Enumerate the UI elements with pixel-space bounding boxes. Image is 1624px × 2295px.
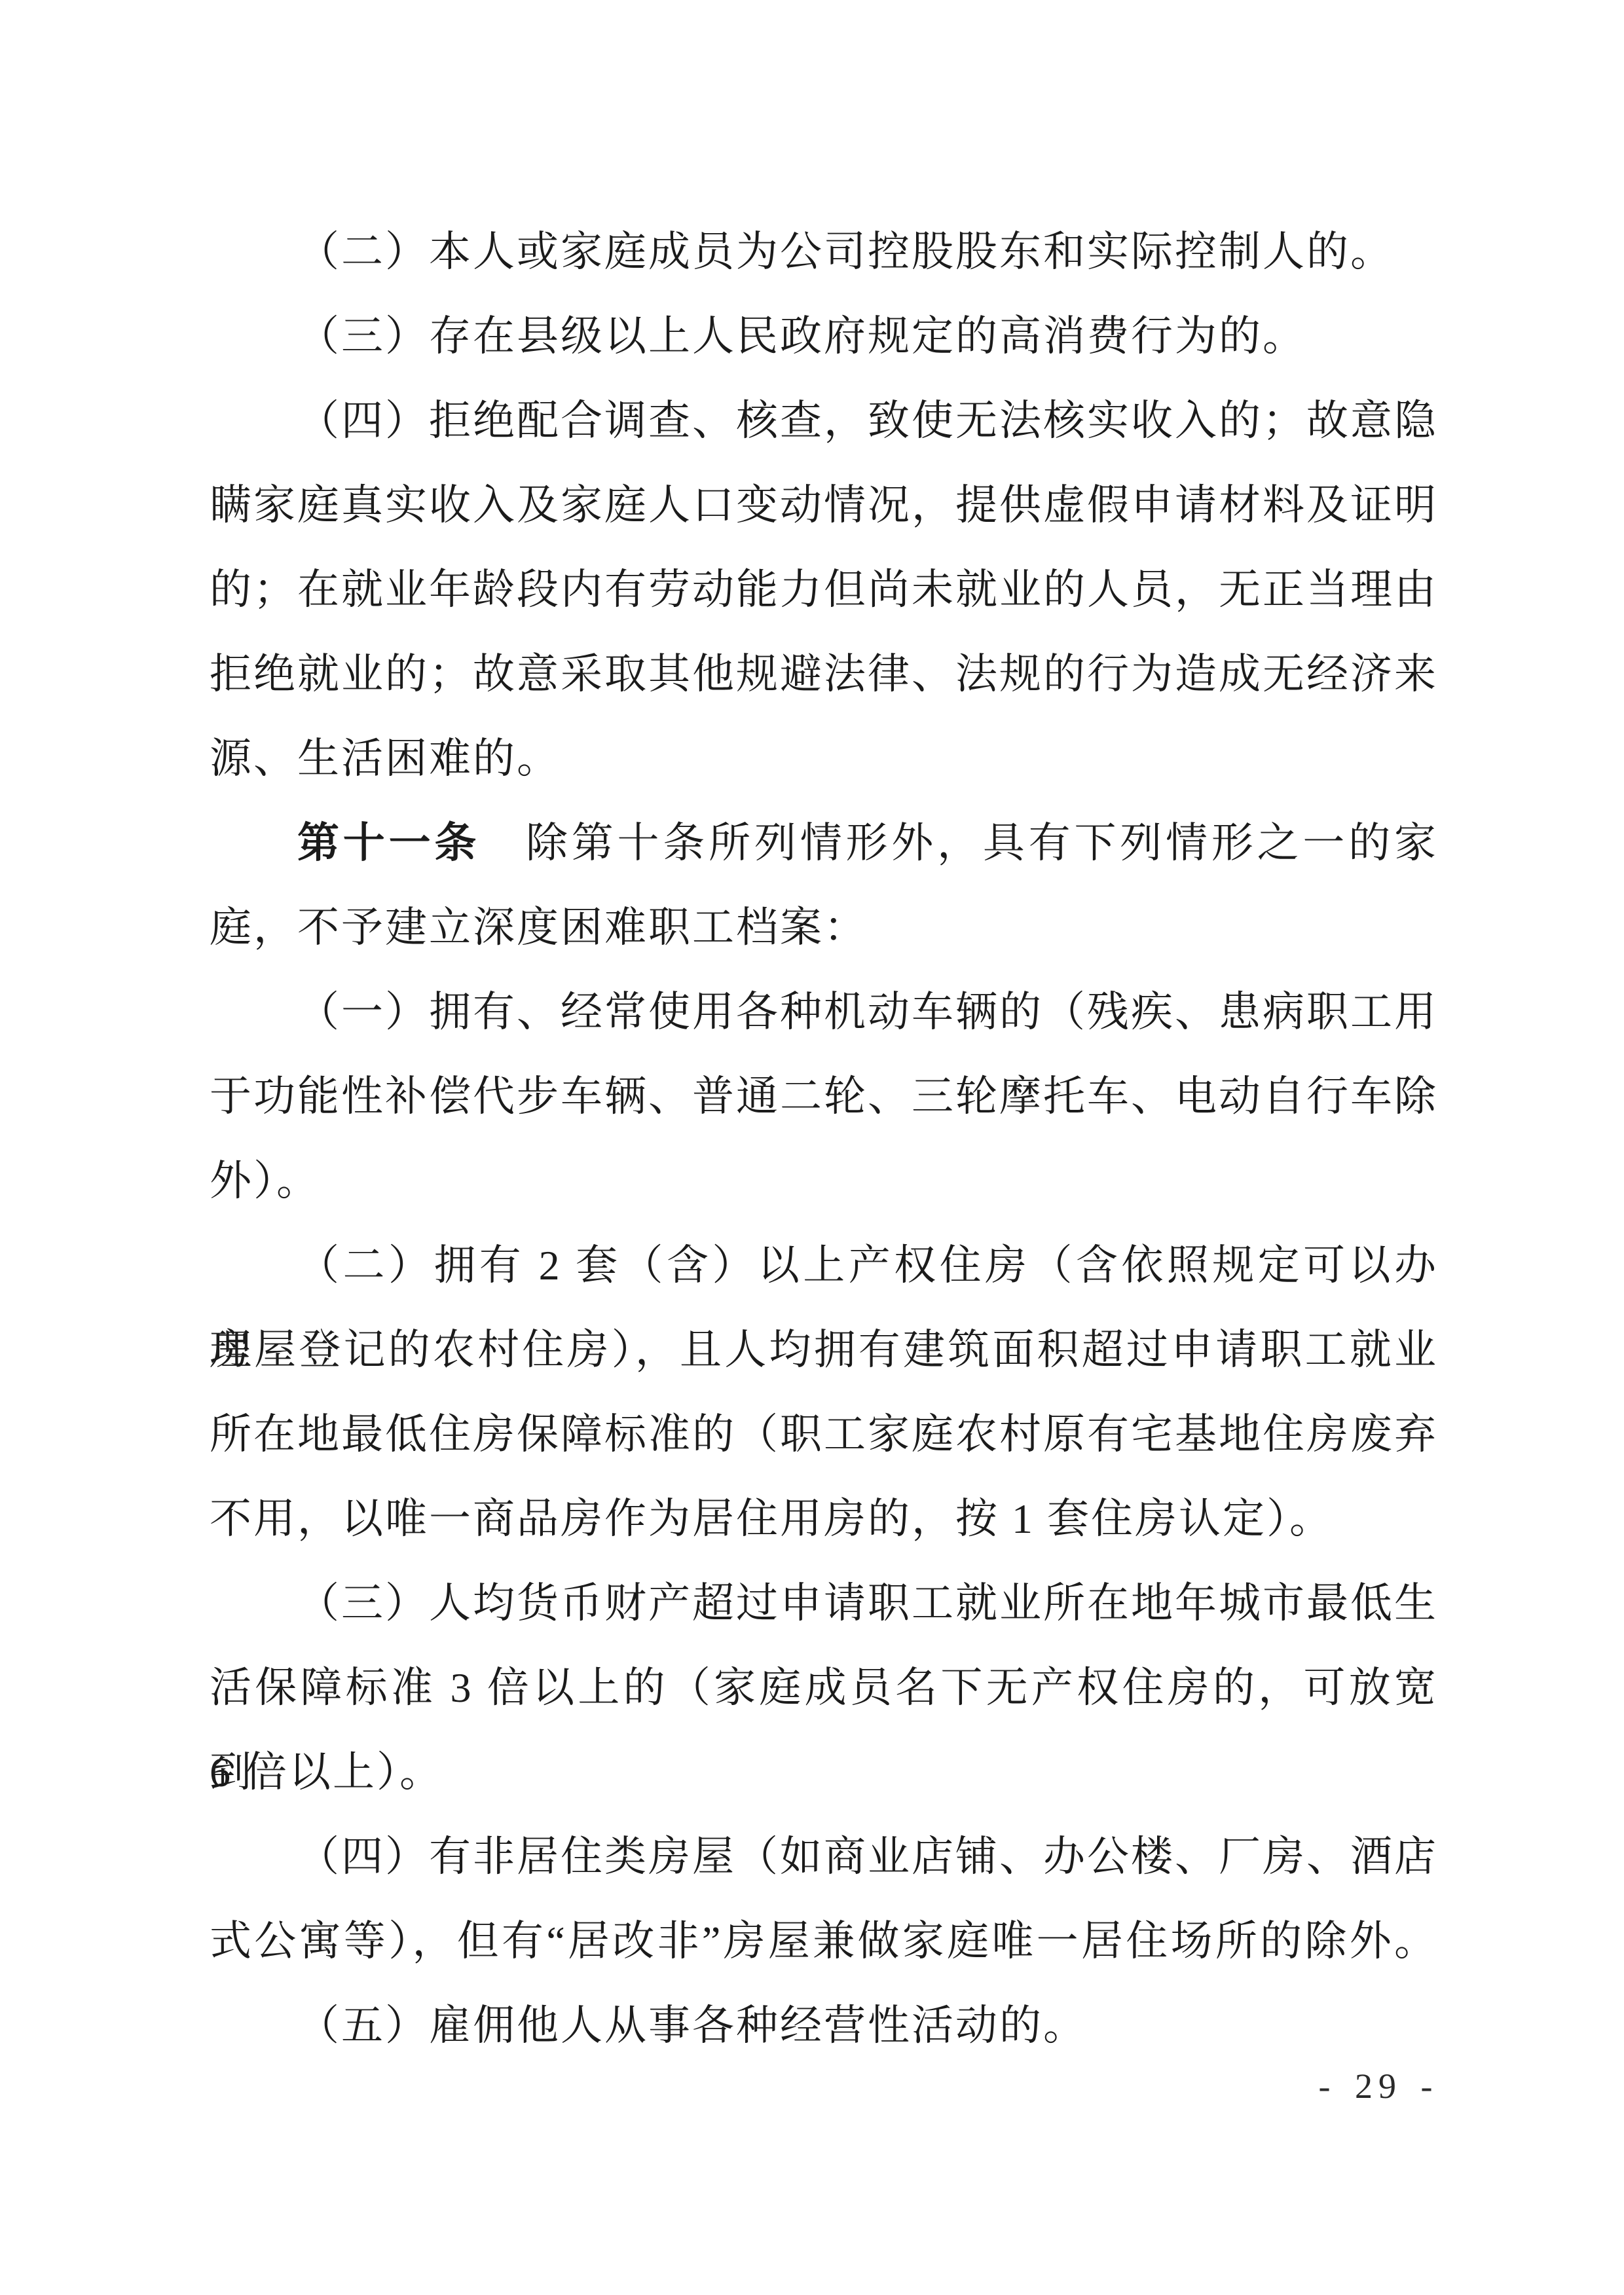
paragraph: 第十一条 除第十条所列情形外，具有下列情形之一的家庭，不予建立深度困难职工档案： [210,801,1438,970]
article-number-bold: 第十一条 [297,820,480,866]
text-segment: 外）。 [210,1158,320,1204]
text-line: 所在地最低住房保障标准的（职工家庭农村原有宅基地住房废弃 [210,1392,1438,1477]
text-line: 活保障标准 3 倍以上的（家庭成员名下无产权住房的，可放宽到 [210,1645,1438,1730]
text-line: 庭，不予建立深度困难职工档案： [210,885,1438,970]
page-number: - 29 - [1310,2066,1447,2106]
text-line: 房屋登记的农村住房），且人均拥有建筑面积超过申请职工就业 [210,1308,1438,1392]
text-segment: 房屋登记的农村住房），且人均拥有建筑面积超过申请职工就业 [210,1327,1438,1373]
paragraph: （四）有非居住类房屋（如商业店铺、办公楼、厂房、酒店式公寓等），但有“居改非”房… [210,1814,1438,1983]
text-segment: 的；在就业年龄段内有劳动能力但尚未就业的人员，无正当理由 [210,566,1438,613]
text-segment: 不用，以唯一商品房作为居住用房的，按 1 套住房认定）。 [210,1496,1333,1542]
text-segment: （二）本人或家庭成员为公司控股股东和实际控制人的。 [297,229,1394,275]
text-segment: （三）人均货币财产超过申请职工就业所在地年城市最低生 [297,1580,1438,1626]
text-line: 于功能性补偿代步车辆、普通二轮、三轮摩托车、电动自行车除 [210,1054,1438,1139]
text-segment: （三）存在县级以上人民政府规定的高消费行为的。 [297,313,1306,359]
text-line: 拒绝就业的；故意采取其他规避法律、法规的行为造成无经济来 [210,632,1438,716]
text-segment: （四）有非居住类房屋（如商业店铺、办公楼、厂房、酒店 [297,1833,1438,1880]
paragraph: （三）人均货币财产超过申请职工就业所在地年城市最低生活保障标准 3 倍以上的（家… [210,1561,1438,1814]
text-segment: （四）拒绝配合调查、核查，致使无法核实收入的；故意隐 [297,397,1438,444]
text-line: 不用，以唯一商品房作为居住用房的，按 1 套住房认定）。 [210,1477,1438,1561]
paragraph: （一）拥有、经常使用各种机动车辆的（残疾、患病职工用于功能性补偿代步车辆、普通二… [210,970,1438,1223]
text-segment: 6 倍以上）。 [210,1749,443,1795]
text-segment: 源、生活困难的。 [210,735,561,782]
text-line: 式公寓等），但有“居改非”房屋兼做家庭唯一居住场所的除外。 [210,1899,1438,1983]
text-line: 外）。 [210,1139,1438,1223]
text-line: （五）雇佣他人从事各种经营性活动的。 [210,1983,1438,2068]
text-segment: 于功能性补偿代步车辆、普通二轮、三轮摩托车、电动自行车除 [210,1073,1438,1120]
text-line: （四）有非居住类房屋（如商业店铺、办公楼、厂房、酒店 [210,1814,1438,1899]
paragraph: （四）拒绝配合调查、核查，致使无法核实收入的；故意隐瞒家庭真实收入及家庭人口变动… [210,378,1438,801]
text-line: （三）人均货币财产超过申请职工就业所在地年城市最低生 [210,1561,1438,1645]
text-line: （四）拒绝配合调查、核查，致使无法核实收入的；故意隐 [210,378,1438,463]
text-line: 瞒家庭真实收入及家庭人口变动情况，提供虚假申请材料及证明 [210,463,1438,547]
text-line: （一）拥有、经常使用各种机动车辆的（残疾、患病职工用 [210,970,1438,1054]
text-line: 6 倍以上）。 [210,1730,1438,1814]
text-segment: 所在地最低住房保障标准的（职工家庭农村原有宅基地住房废弃 [210,1411,1438,1458]
text-segment: 瞒家庭真实收入及家庭人口变动情况，提供虚假申请材料及证明 [210,482,1438,528]
text-segment: （五）雇佣他人从事各种经营性活动的。 [297,2002,1087,2049]
text-line: （二）本人或家庭成员为公司控股股东和实际控制人的。 [210,210,1438,294]
text-segment: 除第十条所列情形外，具有下列情形之一的家 [480,820,1438,866]
paragraph: （二）本人或家庭成员为公司控股股东和实际控制人的。 [210,210,1438,294]
text-line: 源、生活困难的。 [210,716,1438,801]
text-line: （二）拥有 2 套（含）以上产权住房（含依照规定可以办理 [210,1223,1438,1308]
text-line: （三）存在县级以上人民政府规定的高消费行为的。 [210,294,1438,378]
text-line: 第十一条 除第十条所列情形外，具有下列情形之一的家 [210,801,1438,885]
scanned-document-page: （二）本人或家庭成员为公司控股股东和实际控制人的。（三）存在县级以上人民政府规定… [0,0,1624,2295]
text-segment: 拒绝就业的；故意采取其他规避法律、法规的行为造成无经济来 [210,651,1438,697]
document-content: （二）本人或家庭成员为公司控股股东和实际控制人的。（三）存在县级以上人民政府规定… [210,210,1438,2068]
text-segment: （一）拥有、经常使用各种机动车辆的（残疾、患病职工用 [297,989,1438,1035]
paragraph: （五）雇佣他人从事各种经营性活动的。 [210,1983,1438,2068]
paragraph: （三）存在县级以上人民政府规定的高消费行为的。 [210,294,1438,378]
paragraph: （二）拥有 2 套（含）以上产权住房（含依照规定可以办理房屋登记的农村住房），且… [210,1223,1438,1561]
text-segment: 式公寓等），但有“居改非”房屋兼做家庭唯一居住场所的除外。 [210,1918,1438,1964]
text-line: 的；在就业年龄段内有劳动能力但尚未就业的人员，无正当理由 [210,547,1438,632]
text-segment: 庭，不予建立深度困难职工档案： [210,904,868,951]
